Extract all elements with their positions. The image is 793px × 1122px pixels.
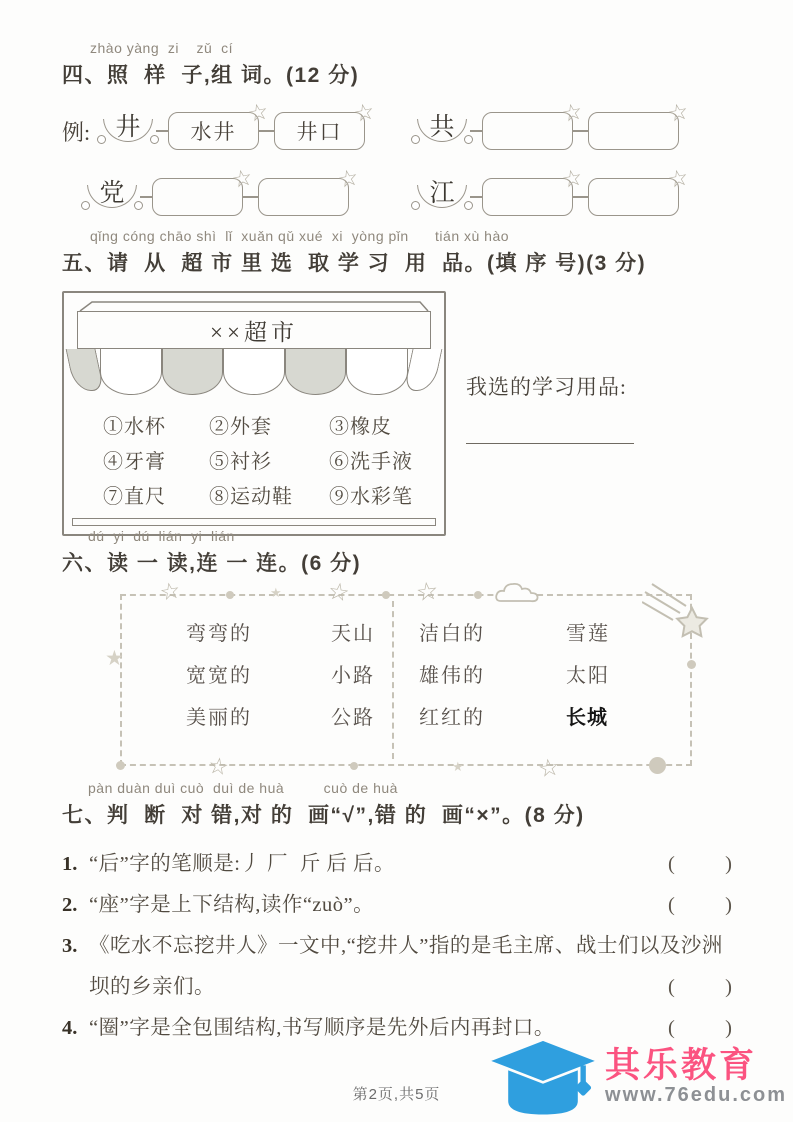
answer-box[interactable]: ☆ bbox=[588, 112, 679, 150]
blank-row: 党 ☆ ☆ bbox=[84, 171, 414, 223]
star-icon: ☆ bbox=[560, 166, 587, 193]
logo-url[interactable]: www.76edu.com bbox=[605, 1084, 787, 1107]
example-row: 例: 井 水井 ☆ 井口 ☆ bbox=[62, 105, 414, 157]
item: ③橡皮 bbox=[329, 410, 453, 439]
connector-line bbox=[243, 196, 258, 198]
answer-box[interactable]: ☆ bbox=[482, 112, 573, 150]
star-icon: ☆ bbox=[206, 755, 230, 781]
section7-pinyin: pàn duàn duì cuò duì de huà cuò de huà bbox=[88, 780, 734, 796]
star-icon: ☆ bbox=[352, 100, 379, 127]
tf-item: 1. “后”字的笔顺是:丿 厂 𠂋 斤 后 后。 ( ) bbox=[62, 844, 734, 885]
base-char: 共 bbox=[414, 107, 470, 143]
dot-icon bbox=[226, 591, 234, 599]
section-supermarket: qǐng cóng chāo shì lǐ xuǎn qǔ xué xi yòn… bbox=[62, 228, 738, 536]
paren-open: ( bbox=[668, 967, 675, 1008]
paren-open: ( bbox=[668, 885, 675, 926]
match-adjective[interactable]: 美丽的 bbox=[186, 706, 331, 730]
dot-icon bbox=[350, 762, 358, 770]
section5-title: 五、请 从 超 市 里 选 取 学 习 用 品。(填 序 号)(3 分) bbox=[62, 247, 738, 277]
section-matching: dú yi dú lián yi lián 六、读 一 读,连 一 连。(6 分… bbox=[62, 528, 752, 766]
blank-row: 共 ☆ ☆ bbox=[414, 105, 732, 157]
tf-answer-parens[interactable]: ( ) bbox=[668, 885, 732, 926]
sign-roof-line bbox=[77, 301, 431, 311]
tf-item: 2. “座”字是上下结构,读作“zuò”。 ( ) bbox=[62, 885, 734, 926]
answer-box[interactable]: ☆ bbox=[258, 178, 349, 216]
section7-title: 七、判 断 对 错,对 的 画“√”,错 的 画“×”。(8 分) bbox=[62, 799, 734, 829]
base-char-hammock: 井 bbox=[100, 106, 156, 156]
tf-number: 2. bbox=[62, 885, 77, 926]
tf-number: 3. bbox=[62, 926, 77, 967]
paren-close: ) bbox=[725, 885, 732, 926]
star-icon: ★ bbox=[270, 587, 282, 600]
answer-box[interactable]: ☆ bbox=[482, 178, 573, 216]
logo-name: 其乐教育 bbox=[605, 1047, 787, 1086]
dot-icon bbox=[382, 591, 390, 599]
connector-line bbox=[573, 196, 588, 198]
dot-icon bbox=[474, 591, 482, 599]
base-char: 井 bbox=[100, 107, 156, 143]
item: ⑨水彩笔 bbox=[329, 480, 453, 509]
base-char-hammock: 江 bbox=[414, 172, 470, 222]
dot-icon bbox=[687, 660, 696, 669]
matching-grid: 弯弯的 天山 洁白的 雪莲 宽宽的 小路 雄伟的 太阳 美丽的 公路 红红的 长… bbox=[122, 596, 690, 730]
answer-box[interactable]: ☆ bbox=[588, 178, 679, 216]
section4-pinyin: zhào yàng zi zǔ cí bbox=[90, 40, 738, 56]
awning-scallop bbox=[223, 349, 285, 395]
awning-flap bbox=[66, 349, 105, 391]
awning-flap bbox=[404, 349, 443, 391]
item: ④牙膏 bbox=[103, 445, 209, 474]
matching-divider bbox=[392, 601, 394, 759]
tf-statement: 《吃水不忘挖井人》一文中,“挖井人”指的是毛主席、战士们以及沙洲坝的乡亲们。 bbox=[89, 935, 723, 998]
star-icon: ☆ bbox=[536, 755, 561, 782]
tf-statement: “后”字的笔顺是:丿 厂 𠂋 斤 后 后。 bbox=[89, 844, 395, 885]
connector-line bbox=[140, 196, 152, 198]
star-icon: ☆ bbox=[230, 166, 257, 193]
match-noun[interactable]: 小路 bbox=[331, 664, 419, 688]
section5-pinyin: qǐng cóng chāo shì lǐ xuǎn qǔ xué xi yòn… bbox=[90, 228, 738, 244]
match-noun[interactable]: 天山 bbox=[331, 622, 419, 646]
item: ⑧运动鞋 bbox=[209, 480, 329, 509]
answer-box[interactable]: ☆ bbox=[152, 178, 243, 216]
answer-label: 我选的学习用品: bbox=[466, 371, 634, 401]
example-label: 例: bbox=[62, 116, 100, 147]
tf-item: 3. 《吃水不忘挖井人》一文中,“挖井人”指的是毛主席、战士们以及沙洲坝的乡亲们… bbox=[62, 926, 734, 1008]
match-adjective[interactable]: 红红的 bbox=[419, 706, 566, 730]
star-icon: ☆ bbox=[666, 166, 693, 193]
answer-blank-line[interactable] bbox=[466, 443, 634, 444]
paren-close: ) bbox=[725, 844, 732, 885]
example-word-box: 井口 ☆ bbox=[274, 112, 365, 150]
match-adjective[interactable]: 宽宽的 bbox=[186, 664, 331, 688]
supermarket-figure: ××超市 ①水杯 ②外套 ③橡皮 ④牙膏 ⑤衬衫 ⑥洗手液 bbox=[62, 291, 446, 536]
connector-line bbox=[573, 130, 588, 132]
paren-close: ) bbox=[725, 967, 732, 1008]
section-word-building: zhào yàng zi zǔ cí 四、照 样 子,组 词。(12 分) 例:… bbox=[62, 40, 738, 223]
match-adjective[interactable]: 雄伟的 bbox=[419, 664, 566, 688]
awning-scallop bbox=[100, 349, 162, 395]
match-adjective[interactable]: 弯弯的 bbox=[186, 622, 331, 646]
tf-number: 1. bbox=[62, 844, 77, 885]
graduation-cap-icon bbox=[485, 1036, 601, 1118]
connector-line bbox=[470, 196, 482, 198]
item: ②外套 bbox=[209, 410, 329, 439]
blank-row: 江 ☆ ☆ bbox=[414, 171, 732, 223]
section-true-false: pàn duàn duì cuò duì de huà cuò de huà 七… bbox=[62, 780, 734, 1049]
worksheet-page: zhào yàng zi zǔ cí 四、照 样 子,组 词。(12 分) 例:… bbox=[0, 0, 793, 1122]
star-icon: ☆ bbox=[246, 100, 273, 127]
star-icon: ☆ bbox=[336, 166, 363, 193]
cloud-icon bbox=[494, 581, 540, 603]
example-word-box: 水井 ☆ bbox=[168, 112, 259, 150]
example-word: 水井 bbox=[191, 116, 237, 146]
base-char-hammock: 共 bbox=[414, 106, 470, 156]
base-char: 党 bbox=[84, 173, 140, 209]
shooting-star-icon bbox=[642, 582, 712, 642]
item: ①水杯 bbox=[103, 410, 209, 439]
connector-line bbox=[156, 130, 168, 132]
logo-text: 其乐教育 www.76edu.com bbox=[605, 1047, 787, 1108]
star-icon: ☆ bbox=[158, 579, 182, 605]
word-building-grid: 例: 井 水井 ☆ 井口 ☆ bbox=[62, 105, 738, 223]
match-adjective[interactable]: 洁白的 bbox=[419, 622, 566, 646]
dot-icon bbox=[116, 761, 125, 770]
tf-answer-parens[interactable]: ( ) bbox=[668, 967, 732, 1008]
store-sign: ××超市 bbox=[77, 311, 431, 349]
base-char: 江 bbox=[414, 173, 470, 209]
publisher-logo: 其乐教育 www.76edu.com bbox=[485, 1036, 787, 1118]
connector-line bbox=[259, 130, 274, 132]
awning-scallop bbox=[162, 349, 224, 395]
star-icon: ☆ bbox=[560, 100, 587, 127]
awning-scallop bbox=[346, 349, 408, 395]
answer-area: 我选的学习用品: bbox=[466, 291, 634, 536]
star-icon: ☆ bbox=[326, 578, 351, 605]
tf-statement: “座”字是上下结构,读作“zuò”。 bbox=[89, 885, 374, 926]
tf-answer-parens[interactable]: ( ) bbox=[668, 844, 732, 885]
awning-scallop bbox=[285, 349, 347, 395]
section4-title: 四、照 样 子,组 词。(12 分) bbox=[62, 59, 738, 89]
star-icon: ☆ bbox=[415, 578, 440, 606]
section6-pinyin: dú yi dú lián yi lián bbox=[88, 528, 752, 544]
example-word: 井口 bbox=[297, 116, 343, 146]
match-noun[interactable]: 太阳 bbox=[566, 664, 696, 688]
star-icon: ☆ bbox=[666, 100, 693, 127]
star-icon: ★ bbox=[452, 761, 464, 774]
paren-open: ( bbox=[668, 844, 675, 885]
true-false-list: 1. “后”字的笔顺是:丿 厂 𠂋 斤 后 后。 ( ) 2. “座”字是上下结… bbox=[62, 844, 734, 1049]
section6-title: 六、读 一 读,连 一 连。(6 分) bbox=[62, 547, 752, 577]
item: ⑥洗手液 bbox=[329, 445, 453, 474]
matching-box: ☆ ★ ☆ ☆ ★ ☆ ★ ☆ bbox=[120, 594, 692, 766]
item-list: ①水杯 ②外套 ③橡皮 ④牙膏 ⑤衬衫 ⑥洗手液 ⑦直尺 ⑧运动鞋 ⑨水彩笔 bbox=[77, 410, 431, 509]
match-noun[interactable]: 公路 bbox=[331, 706, 419, 730]
tf-number: 4. bbox=[62, 1008, 77, 1049]
base-char-hammock: 党 bbox=[84, 172, 140, 222]
awning bbox=[77, 349, 431, 401]
dot-icon bbox=[649, 757, 666, 774]
item: ⑤衬衫 bbox=[209, 445, 329, 474]
market-base bbox=[72, 518, 436, 526]
connector-line bbox=[470, 130, 482, 132]
match-noun[interactable]: 长城 bbox=[566, 706, 696, 730]
star-icon: ★ bbox=[105, 648, 124, 669]
item: ⑦直尺 bbox=[103, 480, 209, 509]
